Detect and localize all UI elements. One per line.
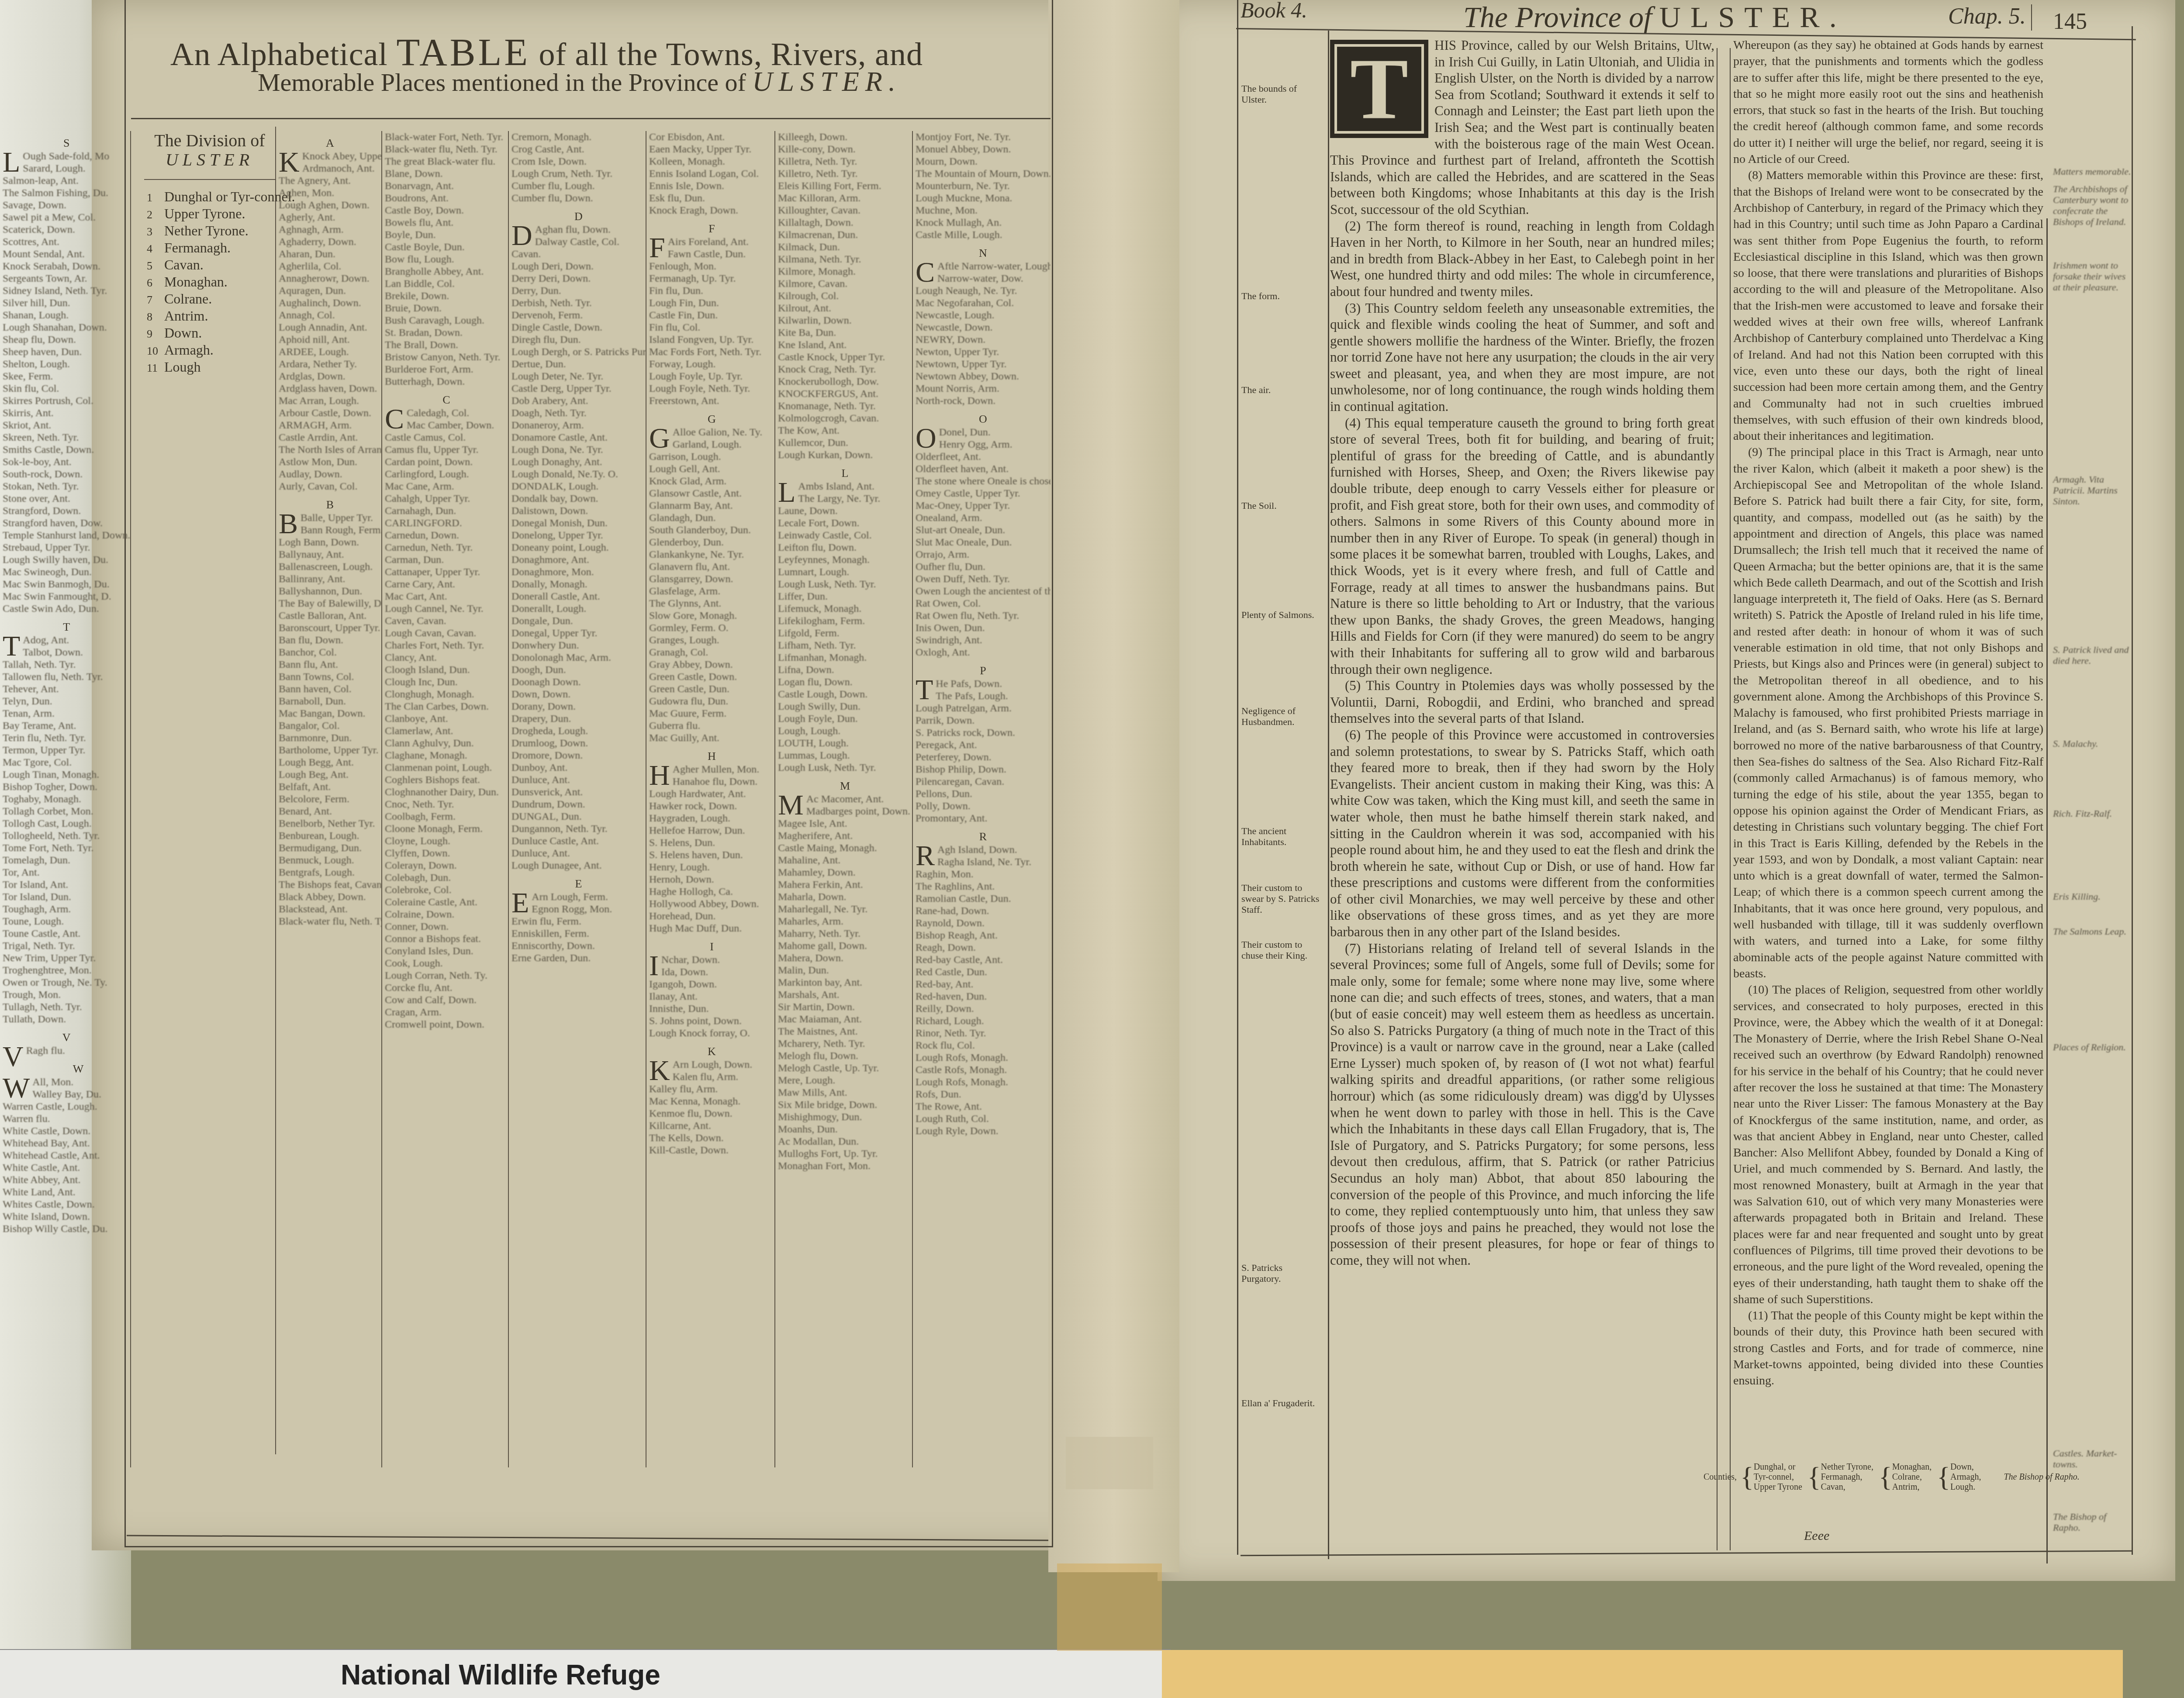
index-entry: Mourn, Down. [916,155,1051,168]
index-entry: Magherifere, Ant. [778,830,912,842]
index-entry: Kolleen, Monagh. [649,155,774,168]
page-border-right [2132,26,2133,1555]
body-paragraph: (7) Historians relating of Ireland tell … [1330,940,1714,1269]
index-entry: S. Patricks rock, Down. [916,727,1051,739]
index-entry: Cavan. [511,248,646,260]
index-entry: Lough Dunagee, Ant. [511,859,646,872]
index-entry: Bartholome, Upper Tyr. [279,744,381,756]
index-entry: Derbish, Neth. Tyr. [511,297,646,309]
margin-note: The Bishop of Rapho. [2053,1511,2132,1533]
index-entry: Gormley, Ferm. O. [649,622,774,634]
index-entry: Lifgold, Ferm. [778,627,912,639]
index-entry: Olderfleet haven, Ant. [916,463,1051,475]
index-entry: Lough Swilly, Dun. [778,701,912,713]
index-entry: Conner, Down. [385,921,508,933]
index-entry: Knomanage, Neth. Tyr. [778,400,912,412]
index-entry: Mac Negofarahan, Col. [916,297,1051,309]
chapter-label: Chap. 5. [1948,3,2026,29]
index-entry: Castle Arrdin, Ant. [279,431,381,444]
index-entry: Belfaft, Ant. [279,781,381,793]
index-entry: Mac Swineogh, Dun. [3,566,130,578]
index-entry: Carman, Dun. [385,554,508,566]
index-entry: Caven, Cavan. [385,615,508,627]
index-entry: Scaterick, Down. [3,224,130,236]
index-entry: Mac Guilly, Ant. [649,732,774,744]
division-number: 10 [147,343,164,359]
index-entry: Bishop Willy Castle, Du. [3,1223,130,1235]
index-entry: Owen or Trough, Ne. Ty. [3,977,130,989]
index-entry: Mac Arran, Lough. [279,395,381,407]
index-entry: Aghaderry, Down. [279,236,381,248]
index-entry: Castle Lough, Down. [778,688,912,701]
division-number: 1 [147,190,164,206]
index-entry: Lough Cannel, Ne. Tyr. [385,603,508,615]
index-entry: Lough Dergh, or S. Patricks Purgatory, D… [511,346,646,358]
index-entry: Claghane, Monagh. [385,749,508,762]
index-entry: Bow flu, Lough. [385,253,508,266]
index-entry: Montjoy Fort, Ne. Tyr. [916,131,1051,143]
index-entry: Annagherowr, Down. [279,273,381,285]
body-paragraph: (6) The people of this Province were acc… [1330,727,1714,940]
division-label: Fermanagh. [164,240,231,255]
division-number: 3 [147,224,164,240]
index-entry: Swindrigh, Ant. [916,634,1051,646]
index-entry: Owen Lough the ancientest of the Kings o… [916,585,1051,597]
running-head-ulster: ULSTER. [1659,0,1846,34]
index-entry: Terin flu, Neth. Tyr. [3,732,130,744]
index-entry: Killcarne, Ant. [649,1120,774,1132]
index-entry: Lough Foyle, Neth. Tyr. [649,383,774,395]
index-entry: The Clan Carbes, Down. [385,701,508,713]
index-entry: Hellefoe Harrow, Dun. [649,825,774,837]
index-entry: Melogh Castle, Up. Tyr. [778,1062,912,1074]
index-entry: Lough Kurkan, Down. [778,449,912,461]
signature-mark: Eeee [1804,1529,1829,1543]
division-number: 4 [147,241,164,257]
index-entry: Donaghmore, Mon. [511,566,646,578]
index-entry: The Rowe, Ant. [916,1101,1051,1113]
index-entry: Mahera, Down. [778,952,912,964]
index-entry: Fawn Castle, Dun. [649,248,774,260]
index-entry: Green Castle, Down. [649,671,774,683]
index-letter-heading: P [916,665,1051,677]
index-entry: Castle Fin, Dun. [649,309,774,321]
index-entry: Freerstown, Ant. [649,395,774,407]
index-entry: Lough Beg, Ant. [279,769,381,781]
index-entry: Cattanaper, Upper Tyr. [385,566,508,578]
index-entry: Rat Owen flu, Neth. Tyr. [916,610,1051,622]
index-entry: Toune, Lough. [3,915,130,928]
county-group: Nether Tyrone,Fermanagh,Cavan, [1821,1462,1873,1492]
county-name: Monaghan, [1892,1462,1932,1472]
index-entry: Mahamley, Down. [778,866,912,879]
index-entry: Lough Foyle, Up. Tyr. [649,370,774,383]
index-entry: Mac-Oney, Upper Tyr. [916,500,1051,512]
body-paragraph: (5) This Country in Ptolemies days was w… [1330,677,1714,727]
index-entry: Crog Castle, Ant. [511,143,646,155]
index-entry: Lough Swilly haven, Du. [3,554,130,566]
index-entry: Castle Maing, Monagh. [778,842,912,854]
index-entry: Bonarvagn, Ant. [385,180,508,192]
book-label: Book 4. [1241,0,1307,23]
index-entry: Donaghmore, Ant. [511,554,646,566]
index-entry: White Island, Down. [3,1211,130,1223]
index-entry: Lummas, Lough. [778,749,912,762]
index-entry: Audlay, Down. [279,468,381,480]
pagenum-rule [2031,4,2032,31]
county-name: Nether Tyrone, [1821,1462,1873,1472]
index-entry: Promontary, Ant. [916,812,1051,825]
index-entry: Balle, Upper Tyr. [279,512,381,524]
index-entry: Tor, Ant. [3,866,130,879]
margin-note: Ellan a' Frugaderit. [1241,1398,1324,1408]
body-paragraph: (9) The principal place in this Tract is… [1733,444,2043,982]
index-entry: Dingle Castle, Down. [511,321,646,334]
index-entry: Inis Owen, Dun. [916,622,1051,634]
index-entry: Cow and Calf, Down. [385,994,508,1006]
county-name: Cavan, [1821,1482,1873,1492]
index-entry: Drogheda, Lough. [511,725,646,737]
index-entry: Benard, Ant. [279,805,381,818]
index-entry: Aquragen, Dun. [279,285,381,297]
county-name: Armagh, [1950,1472,1981,1482]
index-entry: Clyffen, Down. [385,847,508,859]
index-entry: Baronscourt, Upper Tyr. [279,622,381,634]
margin-note: Plenty of Salmons. [1241,609,1324,620]
index-entry: Mishighmogy, Dun. [778,1111,912,1123]
index-entry: Markinton bay, Ant. [778,977,912,989]
brace-icon: { [1807,1461,1821,1492]
index-entry: Kilmacrenan, Dun. [778,229,912,241]
brace-icon: { [1879,1461,1892,1492]
index-entry: Temple Stanhurst land, Down. [3,529,130,542]
index-entry: Cragan, Arm. [385,1006,508,1018]
index-entry: Dunboy, Ant. [511,762,646,774]
index-entry: Leifton flu, Down. [778,542,912,554]
index-entry: Ramolian Castle, Dun. [916,893,1051,905]
index-entry: Gray Abbey, Down. [649,659,774,671]
index-entry: Raynold, Down. [916,917,1051,929]
index-entry: Kilmack, Dun. [778,241,912,253]
index-entry: Fermanagh, Up. Tyr. [649,273,774,285]
index-entry: Lumnart, Lough. [778,566,912,578]
index-entry: Melogh flu, Down. [778,1050,912,1062]
county-name: Lough. [1950,1482,1981,1492]
division-item: 4Fermanagh. [147,240,275,257]
index-entry: Brangholle Abbey, Ant. [385,266,508,278]
index-letter-heading: R [916,831,1051,843]
index-entry: Burlderoe Fort, Arm. [385,363,508,376]
index-entry: Eaen Macky, Upper Tyr. [649,143,774,155]
index-entry: Ennis Isoland Logan, Col. [649,168,774,180]
index-entry: Donel, Dun. [916,426,1051,438]
index-entry: Skirris, Ant. [3,407,130,419]
index-entry: Tehever, Ant. [3,683,130,695]
margin-note: Eris Killing. [2053,891,2132,902]
index-entry: Donegal Monish, Dun. [511,517,646,529]
index-entry: Sawel pit a Mew, Col. [3,211,130,224]
index-entry: Strangford haven, Dow. [3,517,130,529]
margin-note: Irishmen wont to forsake their wives at … [2053,260,2132,293]
index-entry: Black Abbey, Down. [279,891,381,903]
index-entry: Mere, Lough. [778,1074,912,1087]
index-entry: The Pafs, Lough. [916,690,1051,702]
index-entry: Bann Towns, Col. [279,671,381,683]
division-item: 11Lough [147,359,275,376]
body-column-2: Whereupon (as they say) he obtained at G… [1733,37,2043,1389]
index-entry: Red-bay, Ant. [916,978,1051,990]
index-entry: Tor Island, Ant. [3,879,130,891]
index-entry: Fenlough, Mon. [649,260,774,273]
index-entry: Talbot, Down. [3,646,130,659]
index-entry: Dunluce, Ant. [511,847,646,859]
index-entry: Derry Deri, Down. [511,273,646,285]
index-entry: Dundrum, Down. [511,798,646,811]
index-entry: Whitehead Castle, Ant. [3,1149,130,1162]
index-entry: Lough, Lough. [778,725,912,737]
index-entry: Kalen flu, Arm. [649,1071,774,1083]
index-entry: Fin flu, Col. [649,321,774,334]
index-entry: Kullemcor, Dun. [778,437,912,449]
index-entry: Ballinrany, Ant. [279,573,381,585]
index-entry: Liffer, Dun. [778,590,912,603]
index-entry: Forway, Lough. [649,358,774,370]
index-entry: Lough Begg, Ant. [279,756,381,769]
index-entry: Dervenoh, Ferm. [511,309,646,321]
index-entry: Barnaboll, Dun. [279,695,381,707]
index-entry: The North Isles of Arran, Dun. [279,444,381,456]
index-entry: Fin flu, Dun. [649,285,774,297]
index-entry: Tollagh Corbet, Mon. [3,805,130,818]
index-entry: Lough Corran, Neth. Ty. [385,970,508,982]
division-label: Upper Tyrone. [164,206,245,221]
index-entry: Peterferey, Down. [916,751,1051,763]
index-entry: Boudrons, Ant. [385,192,508,204]
index-entry: Aughalinch, Down. [279,297,381,309]
backdrop-orange-strip [1162,1650,2123,1698]
index-entry: Malin, Dun. [778,964,912,977]
index-entry: Down, Down. [511,688,646,701]
brace-icon: { [1937,1461,1950,1492]
index-entry: Carlingford, Lough. [385,468,508,480]
margin-note: The form. [1241,290,1324,301]
index-entry: Black-water flu, Neth. Tyr. [385,143,508,155]
division-heading-ulster: ULSTER [144,150,275,169]
index-entry: ARMAGH, Arm. [279,419,381,431]
index-entry: Ac Modallan, Dun. [778,1135,912,1148]
index-entry: Lough Shanahan, Down. [3,321,130,334]
index-entry: Mac Guure, Ferm. [649,707,774,720]
index-entry: Mount Norris, Arm. [916,383,1051,395]
index-entry: Igangoh, Down. [649,978,774,990]
index-entry: Slut-art Oneale, Dun. [916,524,1051,536]
index-entry: Pellons, Dun. [916,788,1051,800]
index-entry: Tollogh Cast, Lough. [3,818,130,830]
index-entry: Airs Foreland, Ant. [649,236,774,248]
index-entry: Kolmologcrogh, Cavan. [778,412,912,424]
index-entry: Knock Mullagh, An. [916,217,1051,229]
county-group: Monaghan,Colrane,Antrim, [1892,1462,1932,1492]
column-rule-2 [1730,48,1731,1550]
index-entry: Caledagh, Col. [385,407,508,419]
index-entry: Parrik, Down. [916,714,1051,727]
index-entry: Glankankyne, Ne. Tyr. [649,549,774,561]
index-entry: Knock Glad, Arm. [649,475,774,487]
index-entry: Dunsverick, Ant. [511,786,646,798]
index-entry: Glandagh, Dun. [649,512,774,524]
index-entry: Clough Inc, Dun. [385,676,508,688]
index-entry: Toghaby, Monagh. [3,793,130,805]
index-entry: Tollogheeld, Neth. Tyr. [3,830,130,842]
index-entry: KNOCKFERGUS, Ant. [778,388,912,400]
index-column: Cremorn, Monagh.Crog Castle, Ant.Crom Is… [509,131,646,1467]
index-entry: Arbour Castle, Down. [279,407,381,419]
index-entry: Cromwell point, Down. [385,1018,508,1031]
margin-note: Negligence of Husbandmen. [1241,705,1324,727]
division-label: Nether Tyrone. [164,223,249,238]
index-entry: Cook, Lough. [385,957,508,970]
division-number: 8 [147,309,164,325]
index-entry: Cumber flu, Lough. [511,180,646,192]
index-entry: Dob Arabery, Ant. [511,395,646,407]
index-entry: North-rock, Down. [916,395,1051,407]
index-entry: Knockerubollogh, Dow. [778,376,912,388]
index-entry: Cahalgh, Upper Tyr. [385,493,508,505]
division-number: 11 [147,360,164,376]
index-entry: Bowels flu, Ant. [385,217,508,229]
division-label: Antrim. [164,308,208,324]
index-entry: Castle Mille, Lough. [916,229,1051,241]
index-entry: Donwhery Dun. [511,639,646,652]
index-entry: Killoughter, Cavan. [778,204,912,217]
county-name: Tyr-connel, [1754,1472,1802,1482]
index-entry: Horehead, Dun. [649,910,774,922]
index-entry: The Salmon Fishing, Du. [3,187,130,199]
index-entry: Mac Bangan, Down. [279,707,381,720]
index-entry: Lough Crum, Neth. Tyr. [511,168,646,180]
index-entry: Silver hill, Dun. [3,297,130,309]
index-column: Cor Ebisdon, Ant.Eaen Macky, Upper Tyr.K… [646,131,775,1467]
index-entry: Lough Annadin, Ant. [279,321,381,334]
index-letter-heading: E [511,878,646,890]
index-entry: Mac Maiaman, Ant. [778,1013,912,1025]
index-entry: NEWRY, Down. [916,334,1051,346]
index-entry: Haghe Hollogh, Ca. [649,886,774,898]
index-entry: Bishop Reagh, Ant. [916,929,1051,942]
index-entry: Newtown Abbey, Down. [916,370,1051,383]
index-entry: The Largy, Ne. Tyr. [778,493,912,505]
index-entry: Glansgarrey, Down. [649,573,774,585]
index-entry: Newcastle, Down. [916,321,1051,334]
index-entry: Ballenascreen, Lough. [279,561,381,573]
index-entry: South-rock, Down. [3,468,130,480]
index-entry: Peregack, Ant. [916,739,1051,751]
margin-note: The Archbishops of Canterbury wont to co… [2053,183,2132,227]
index-entry: The Bay of Balewilly, Dun. [279,597,381,610]
index-entry: Mac Tgore, Col. [3,756,130,769]
index-entry: Mount Sendal, Ant. [3,248,130,260]
subtitle-text: Memorable Places mentioned in the Provin… [258,68,752,97]
index-entry: Cloghnanother Dairy, Dun. [385,786,508,798]
index-entry: Gudowra flu, Dun. [649,695,774,707]
index-letter-heading: T [3,621,130,633]
index-entry: Dungannon, Neth. Tyr. [511,823,646,835]
index-entry: Ballyshannon, Dun. [279,585,381,597]
index-entry: Hawker rock, Down. [649,800,774,812]
index-entry: Richard, Lough. [916,1015,1051,1027]
index-entry: Nchar, Down. [649,954,774,966]
index-entry: Garland, Lough. [649,438,774,451]
division-label: Armagh. [164,342,214,358]
index-entry: Whites Castle, Down. [3,1198,130,1211]
page-number: 145 [2053,9,2087,35]
subtitle-ulster: ULSTER. [752,66,902,97]
column-rule-1 [1717,48,1717,1550]
index-entry: Mcharery, Neth. Tyr. [778,1038,912,1050]
index-entry: Agher Mullen, Mon. [649,763,774,776]
index-entry: Kilwarlin, Down. [778,314,912,327]
index-entry: Rofs, Dun. [916,1088,1051,1101]
index-entry: Granagh, Col. [649,646,774,659]
index-entry: Tomelagh, Dun. [3,854,130,866]
index-entry: Tallah, Neth. Tyr. [3,659,130,671]
index-entry: Cloyne, Lough. [385,835,508,847]
index-entry: Cardan point, Down. [385,456,508,468]
index-entry: Kille-cony, Down. [778,143,912,155]
division-label: Lough [164,359,201,375]
index-entry: Doagh, Neth. Tyr. [511,407,646,419]
index-entry: Newtown, Upper Tyr. [916,358,1051,370]
division-item: 7Colrane. [147,291,275,308]
index-entry: Annagh, Col. [279,309,381,321]
index-entry: Lough Tinan, Monagh. [3,769,130,781]
index-entry: Maharlegall, Ne. Tyr. [778,903,912,915]
index-entry: Trough, Mon. [3,989,130,1001]
index-entry: Shelton, Lough. [3,358,130,370]
index-entry: Oxlogh, Ant. [916,646,1051,659]
index-entry: Red Castle, Dun. [916,966,1051,978]
index-entry: Killetra, Neth. Tyr. [778,155,912,168]
index-entry: Skin flu, Col. [3,383,130,395]
index-entry: Dunluce Castle, Ant. [511,835,646,847]
county-name: Colrane, [1892,1472,1932,1482]
index-entry: Orrajo, Arm. [916,549,1051,561]
index-entry: Omey Castle, Upper Tyr. [916,487,1051,500]
index-entry: LOUTH, Lough. [778,737,912,749]
index-entry: Kilrout, Ant. [778,302,912,314]
backdrop-map-strip: National Wildlife Refuge [0,1649,1171,1698]
index-entry: Drumloog, Down. [511,737,646,749]
index-entry: Monuel Abbey, Down. [916,143,1051,155]
index-entry: Newton, Upper Tyr. [916,346,1051,358]
index-entry: Rock flu, Col. [916,1039,1051,1052]
index-entry: Aghan flu, Down. [511,224,646,236]
index-entry: Donerallt, Lough. [511,603,646,615]
index-entry: Derry, Dun. [511,285,646,297]
index-entry: Six Mile bridge, Down. [778,1099,912,1111]
index-entry: Clancy, Ant. [385,652,508,664]
index-entry: Mahome gall, Down. [778,940,912,952]
index-entry: Glenderboy, Dun. [649,536,774,549]
index-entry: Sheap flu, Down. [3,334,130,346]
index-entry: Mac Killoran, Arm. [778,192,912,204]
tape-strip [1066,1437,1153,1489]
index-entry: Slut Mac Oneale, Dun. [916,536,1051,549]
index-entry: S. Helens, Dun. [649,837,774,849]
division-item: 1Dunghal or Tyr-connel. [147,189,275,206]
county-name: Antrim, [1892,1482,1932,1492]
index-entry: Lough Dona, Ne. Tyr. [511,444,646,456]
